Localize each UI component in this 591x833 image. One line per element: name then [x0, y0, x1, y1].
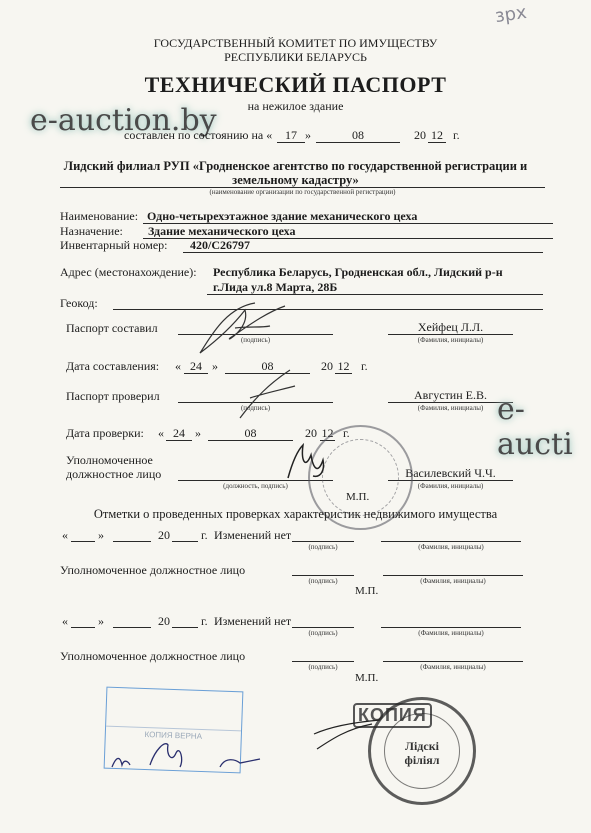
- entry1-name-caption: (Фамилия, инициалы): [381, 543, 521, 551]
- checked-day: 24: [166, 426, 192, 441]
- organization-caption: (наименование организации по государстве…: [60, 188, 545, 196]
- geocode-label: Геокод:: [60, 296, 98, 311]
- checked-date-label: Дата проверки:: [66, 426, 144, 441]
- address-line-2: г.Лида ул.8 Марта, 28Б: [213, 280, 337, 295]
- compiled-open-quote: «: [175, 359, 181, 374]
- purpose-value: Здание механического цеха: [148, 224, 296, 239]
- as-of-year: 12: [428, 128, 446, 143]
- committee-line-1: ГОСУДАРСТВЕННЫЙ КОМИТЕТ ПО ИМУЩЕСТВУ: [0, 36, 591, 51]
- round-seal-bottom-center-2: філіял: [392, 754, 452, 767]
- inventory-label: Инвентарный номер:: [60, 238, 168, 253]
- compiled-day: 24: [184, 359, 208, 374]
- as-of-day: 17: [279, 128, 303, 143]
- document-page: зрх ГОСУДАРСТВЕННЫЙ КОМИТЕТ ПО ИМУЩЕСТВУ…: [0, 0, 591, 833]
- compiled-century: 20: [321, 359, 333, 374]
- compiled-date-label: Дата составления:: [66, 359, 159, 374]
- checked-name: Августин Е.В.: [388, 388, 513, 403]
- as-of-month: 08: [318, 128, 398, 143]
- address-label: Адрес (местонахождение):: [60, 265, 197, 280]
- entry2-century: 20: [158, 614, 170, 629]
- entry2-year-suffix: г.: [201, 614, 208, 629]
- round-seal-bottom-center-1: Лідскі: [392, 740, 452, 753]
- entry2-no-changes: Изменений нет: [214, 614, 291, 629]
- compiled-name-caption: (Фамилия, инициалы): [388, 336, 513, 344]
- entry1-no-changes: Изменений нет: [214, 528, 291, 543]
- entry2-open-quote: «: [62, 614, 68, 629]
- name-value: Одно-четырехэтажное здание механического…: [147, 209, 417, 224]
- signature-seal-overlay: [312, 714, 382, 754]
- signature-checked: [235, 368, 305, 423]
- entry2-official-name-caption: (Фамилия, инициалы): [383, 663, 523, 671]
- address-line-1: Республика Беларусь, Гродненская обл., Л…: [213, 265, 503, 280]
- entry1-close-quote: »: [98, 528, 104, 543]
- purpose-label: Назначение:: [60, 224, 123, 239]
- document-title: ТЕХНИЧЕСКИЙ ПАСПОРТ: [0, 72, 591, 98]
- round-seal-middle-inner: [322, 439, 399, 516]
- entry2-close-quote: »: [98, 614, 104, 629]
- entry1-official-name-caption: (Фамилия, инициалы): [383, 577, 523, 585]
- entry1-official-label: Уполномоченное должностное лицо: [60, 563, 245, 578]
- checked-name-caption: (Фамилия, инициалы): [388, 404, 513, 412]
- entry1-seal-place: М.П.: [355, 585, 378, 597]
- as-of-prefix: составлен по состоянию на «: [124, 128, 272, 143]
- compiled-label: Паспорт составил: [66, 321, 158, 336]
- entry1-official-signature-caption: (подпись): [292, 577, 354, 585]
- checked-label: Паспорт проверил: [66, 389, 160, 404]
- entry1-signature-caption: (подпись): [292, 543, 354, 551]
- entry2-name-caption: (Фамилия, инициалы): [381, 629, 521, 637]
- entry2-official-label: Уполномоченное должностное лицо: [60, 649, 245, 664]
- entry2-seal-place: М.П.: [355, 672, 378, 684]
- signature-authorized: [283, 440, 333, 485]
- organization-line-1: Лидский филиал РУП «Гродненское агентств…: [0, 159, 591, 174]
- checked-open-quote: «: [158, 426, 164, 441]
- entry1-year-suffix: г.: [201, 528, 208, 543]
- compiled-name: Хейфец Л.Л.: [388, 320, 513, 335]
- name-label: Наименование:: [60, 209, 138, 224]
- as-of-century: 20: [414, 128, 426, 143]
- authorized-label-line-2: должностное лицо: [66, 467, 161, 482]
- checks-section-title: Отметки о проведенных проверках характер…: [0, 507, 591, 522]
- entry2-official-signature-caption: (подпись): [292, 663, 354, 671]
- signature-certification: [110, 735, 260, 775]
- entry2-signature-caption: (подпись): [292, 629, 354, 637]
- as-of-close-quote: »: [305, 128, 311, 143]
- checked-close-quote: »: [195, 426, 201, 441]
- handwritten-note: зрх: [494, 2, 528, 27]
- compiled-year-suffix: г.: [361, 359, 368, 374]
- committee-line-2: РЕСПУБЛИКИ БЕЛАРУСЬ: [0, 50, 591, 65]
- checked-century: 20: [305, 426, 317, 441]
- watermark-right: e-aucti: [497, 392, 591, 462]
- as-of-suffix: г.: [453, 128, 460, 143]
- compiled-year: 12: [335, 359, 352, 374]
- compiled-close-quote: »: [212, 359, 218, 374]
- signature-compiled: [195, 298, 305, 358]
- organization-line-2: земельному кадастру»: [0, 173, 591, 188]
- inventory-value: 420/С26797: [190, 238, 250, 253]
- entry1-open-quote: «: [62, 528, 68, 543]
- entry1-century: 20: [158, 528, 170, 543]
- checked-month: 08: [208, 426, 293, 441]
- authorized-label-line-1: Уполномоченное: [66, 453, 153, 468]
